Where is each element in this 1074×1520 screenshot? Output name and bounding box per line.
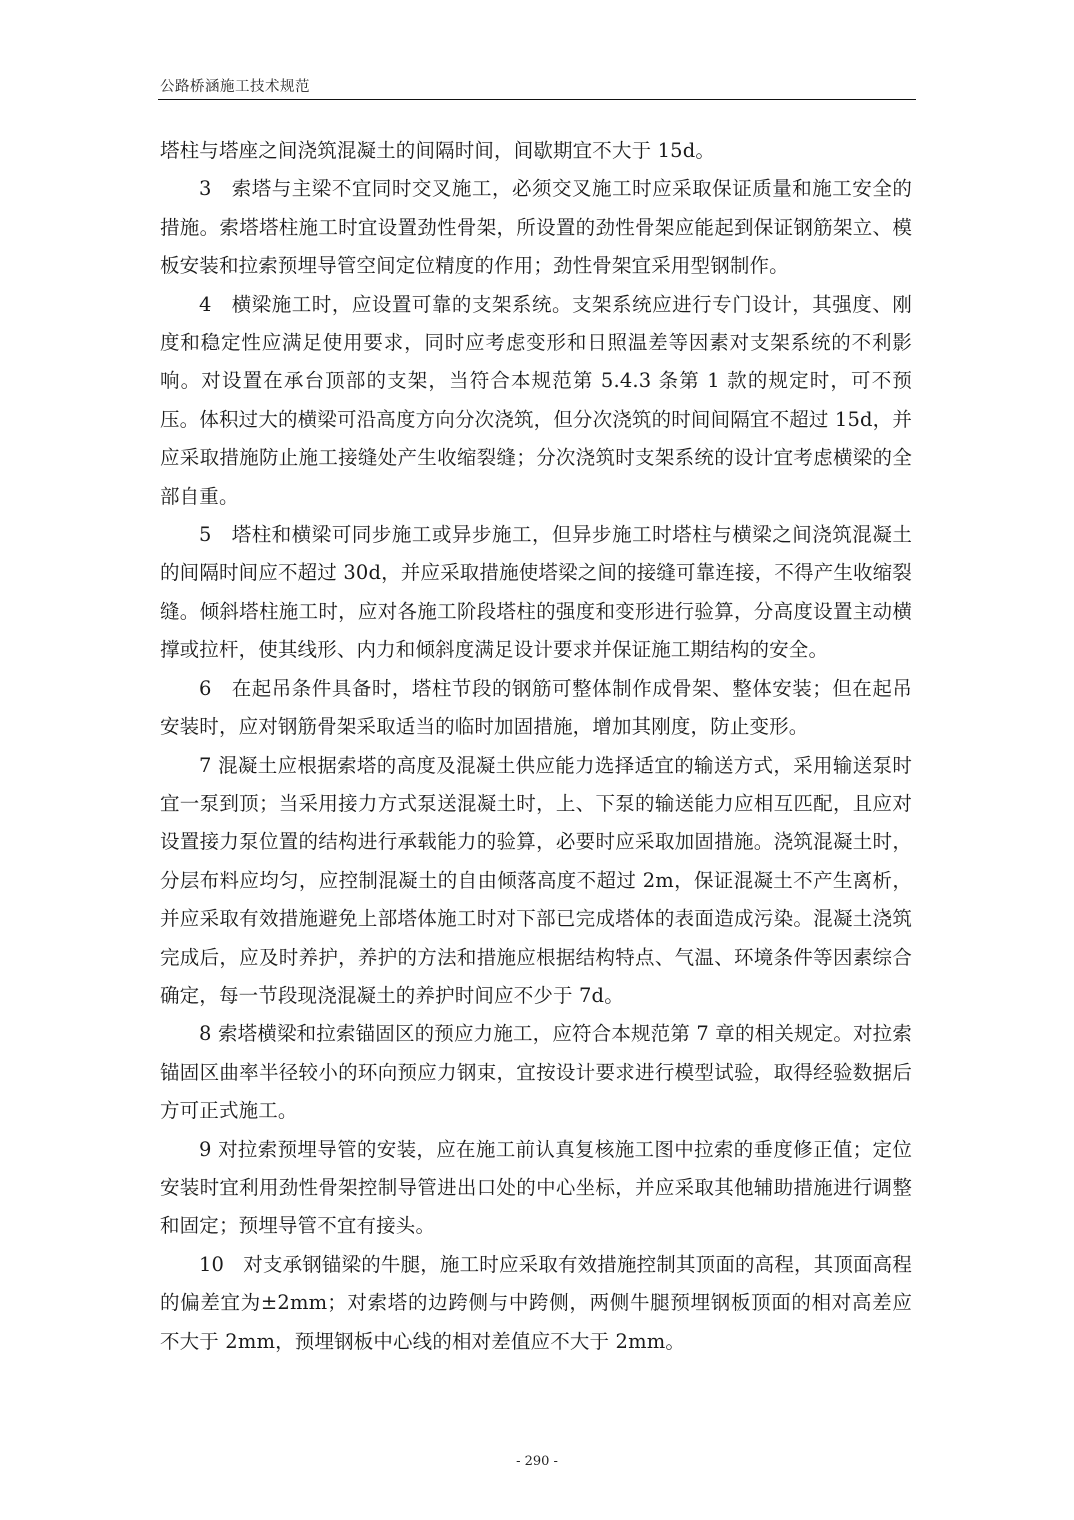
clause-number: 3 (199, 177, 212, 200)
paragraph-text: 在起吊条件具备时，塔柱节段的钢筋可整体制作成骨架、整体安装；但在起吊安装时，应对… (160, 677, 912, 738)
clause-number: 9 (199, 1138, 212, 1161)
clause-5: 5 塔柱和横梁可同步施工或异步施工，但异步施工时塔柱与横梁之间浇筑混凝土的间隔时… (160, 516, 912, 670)
running-header: 公路桥涵施工技术规范 (160, 76, 916, 98)
paragraph-text: 塔柱与塔座之间浇筑混凝土的间隔时间，间歇期宜不大于 15d。 (160, 139, 715, 162)
body-text: 塔柱与塔座之间浇筑混凝土的间隔时间，间歇期宜不大于 15d。 3 索塔与主梁不宜… (160, 132, 912, 1361)
clause-number: 7 (199, 754, 212, 777)
clause-number: 4 (199, 293, 212, 316)
clause-number: 6 (199, 677, 212, 700)
paragraph-text: 混凝土应根据索塔的高度及混凝土供应能力选择适宜的输送方式，采用输送泵时宜一泵到顶… (160, 754, 912, 1007)
page-number: - 290 - (0, 1453, 1074, 1471)
paragraph-text: 对拉索预埋导管的安装，应在施工前认真复核施工图中拉索的垂度修正值；定位安装时宜利… (160, 1138, 912, 1238)
clause-3: 3 索塔与主梁不宜同时交叉施工，必须交叉施工时应采取保证质量和施工安全的措施。索… (160, 170, 912, 285)
clause-9: 9 对拉索预埋导管的安装，应在施工前认真复核施工图中拉索的垂度修正值；定位安装时… (160, 1131, 912, 1246)
document-page: 公路桥涵施工技术规范 塔柱与塔座之间浇筑混凝土的间隔时间，间歇期宜不大于 15d… (0, 0, 1074, 1520)
paragraph-text: 索塔与主梁不宜同时交叉施工，必须交叉施工时应采取保证质量和施工安全的措施。索塔塔… (160, 177, 912, 277)
clause-number: 10 (199, 1253, 224, 1276)
paragraph-text: 索塔横梁和拉索锚固区的预应力施工，应符合本规范第 7 章的相关规定。对拉索锚固区… (160, 1022, 912, 1122)
paragraph-continuation: 塔柱与塔座之间浇筑混凝土的间隔时间，间歇期宜不大于 15d。 (160, 132, 912, 170)
paragraph-text: 横梁施工时，应设置可靠的支架系统。支架系统应进行专门设计，其强度、刚度和稳定性应… (160, 293, 912, 508)
clause-10: 10 对支承钢锚梁的牛腿，施工时应采取有效措施控制其顶面的高程，其顶面高程的偏差… (160, 1246, 912, 1361)
paragraph-text: 对支承钢锚梁的牛腿，施工时应采取有效措施控制其顶面的高程，其顶面高程的偏差宜为±… (160, 1253, 912, 1353)
clause-number: 8 (199, 1022, 212, 1045)
header-divider (158, 99, 916, 100)
clause-number: 5 (199, 523, 212, 546)
clause-8: 8 索塔横梁和拉索锚固区的预应力施工，应符合本规范第 7 章的相关规定。对拉索锚… (160, 1015, 912, 1130)
clause-4: 4 横梁施工时，应设置可靠的支架系统。支架系统应进行专门设计，其强度、刚度和稳定… (160, 286, 912, 516)
clause-7: 7 混凝土应根据索塔的高度及混凝土供应能力选择适宜的输送方式，采用输送泵时宜一泵… (160, 747, 912, 1016)
clause-6: 6 在起吊条件具备时，塔柱节段的钢筋可整体制作成骨架、整体安装；但在起吊安装时，… (160, 670, 912, 747)
paragraph-text: 塔柱和横梁可同步施工或异步施工，但异步施工时塔柱与横梁之间浇筑混凝土的间隔时间应… (160, 523, 912, 661)
